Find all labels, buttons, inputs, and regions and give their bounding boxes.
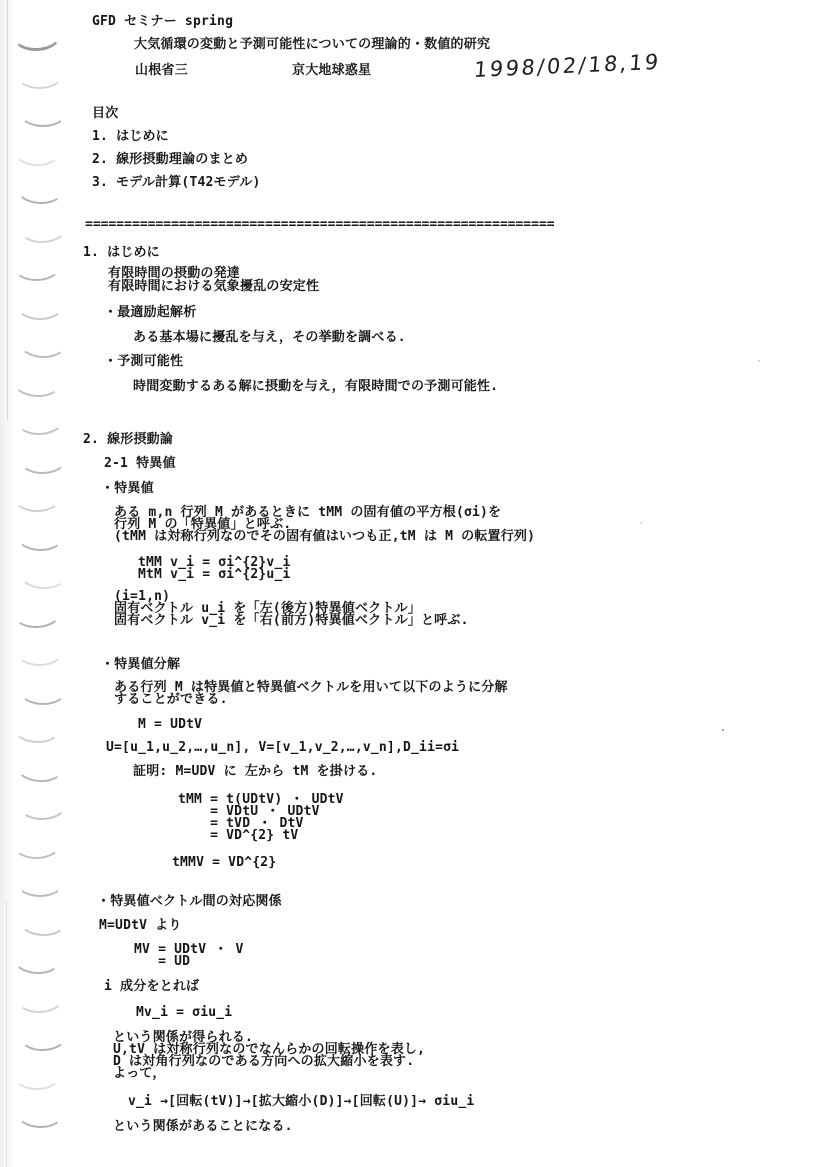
body-line: (tMM は対称行列なのでその固有値はいつも正,tM は M の転置行列) (114, 530, 535, 544)
toc-item: 3. モデル計算(T42モデル) (92, 176, 261, 190)
definitions-line: U=[u_1,u_2,…,u_n], V=[v_1,v_2,…,v_n],D_i… (106, 741, 459, 755)
note-line: 固有ベクトル v_i を「右(前方)特異値ベクトル」と呼ぶ. (114, 614, 469, 628)
binding-ring-mark (16, 290, 64, 320)
toc-item: 2. 線形摂動理論のまとめ (92, 153, 248, 167)
topic-label-singular-value: ・特異値 (101, 482, 154, 496)
binding-ring-mark (19, 1020, 68, 1051)
page-edge-line-lower (6, 900, 7, 1167)
flow-equation: v_i →[回転(tV)]→[拡大縮小(D)]→[回転(U)]→ σiu_i (128, 1095, 474, 1109)
subsection-heading: 2-1 特異値 (104, 457, 176, 471)
binding-ring-mark (13, 712, 62, 743)
scanned-document-page: GFD セミナー spring 大気循環の変動と予測可能性についての理論的・数値… (0, 0, 828, 1167)
proof-step: = VD^{2} tV (178, 829, 298, 843)
section2-heading: 2. 線形摂動論 (83, 433, 173, 447)
binding-ring-mark (12, 19, 62, 52)
equation-line: Mv_i = σiu_i (136, 1006, 232, 1020)
binding-ring-mark (15, 173, 65, 205)
binding-ring-mark (18, 558, 68, 590)
toc-item: 1. はじめに (92, 130, 169, 144)
binding-ring-mark (16, 1097, 65, 1128)
proof-result: tMMV = VD^{2} (172, 856, 276, 870)
binding-ring-mark (16, 635, 65, 666)
topic-label-correspondence: ・特異値ベクトル間の対応関係 (97, 895, 282, 909)
handwritten-date: 1998/02/18,19 (473, 50, 662, 82)
bullet-body: ある基本場に擾乱を与え，その挙動を調べる. (133, 331, 406, 345)
remark-line: よって， (113, 1067, 166, 1081)
binding-ring-mark (18, 211, 68, 243)
binding-ring-mark (19, 905, 68, 936)
body-line: i 成分をとれば (104, 980, 199, 994)
page-edge-line (7, 0, 8, 420)
binding-ring-mark (12, 596, 62, 628)
scan-speck (722, 729, 724, 731)
binding-ring-mark (18, 789, 68, 821)
scan-speck (758, 360, 760, 362)
conclusion-line: という関係があることになる. (113, 1120, 293, 1134)
binding-ring-mark (19, 97, 67, 127)
seminar-name: GFD セミナー spring (92, 15, 233, 29)
section1-heading: 1. はじめに (83, 246, 160, 260)
topic-label-svd: ・特異値分解 (101, 658, 180, 672)
binding-ring-mark (19, 327, 68, 358)
document-title: 大気循環の変動と予測可能性についての理論的・数値的研究 (134, 38, 490, 52)
proof-intro: 証明: M=UDV に 左から tM を掛ける. (133, 765, 377, 779)
binding-ring-mark (16, 520, 65, 551)
scan-speck (640, 522, 642, 524)
toc-heading: 目次 (92, 107, 118, 121)
lead-line: 有限時間における気象擾乱の安定性 (108, 280, 319, 294)
bullet-body: 時間変動するある解に摂動を与え，有限時間での予測可能性. (133, 380, 498, 394)
section-divider: ========================================… (85, 218, 557, 232)
equation-line: M = UDtV (138, 718, 202, 732)
binding-ring-mark (13, 1060, 61, 1090)
binding-ring-mark (15, 981, 65, 1013)
binding-ring-mark (19, 675, 67, 705)
binding-ring-mark (13, 135, 62, 166)
bullet-label-predictability: ・予測可能性 (104, 355, 183, 369)
binding-ring-mark (16, 867, 64, 897)
equation-step: = UD (134, 955, 190, 969)
premise-line: M=UDtV より (99, 919, 182, 933)
binding-ring-mark (13, 482, 61, 512)
binding-ring-mark (15, 750, 65, 782)
body-line: することができる. (114, 693, 228, 707)
binding-ring-mark (13, 250, 62, 281)
binding-ring-mark (13, 828, 62, 859)
author-name: 山根省三 (135, 64, 188, 78)
bullet-label-optimal-excitation: ・最適励起解析 (104, 306, 196, 320)
binding-ring-mark (12, 365, 62, 397)
binding-ring-mark (19, 443, 68, 474)
affiliation-name: 京大地球惑星 (292, 64, 371, 78)
binding-ring-mark (12, 943, 62, 975)
binding-ring-mark (15, 404, 65, 436)
equation-line: MtM v_i = σi^{2}u_i (138, 568, 291, 582)
binding-ring-mark (16, 58, 65, 89)
